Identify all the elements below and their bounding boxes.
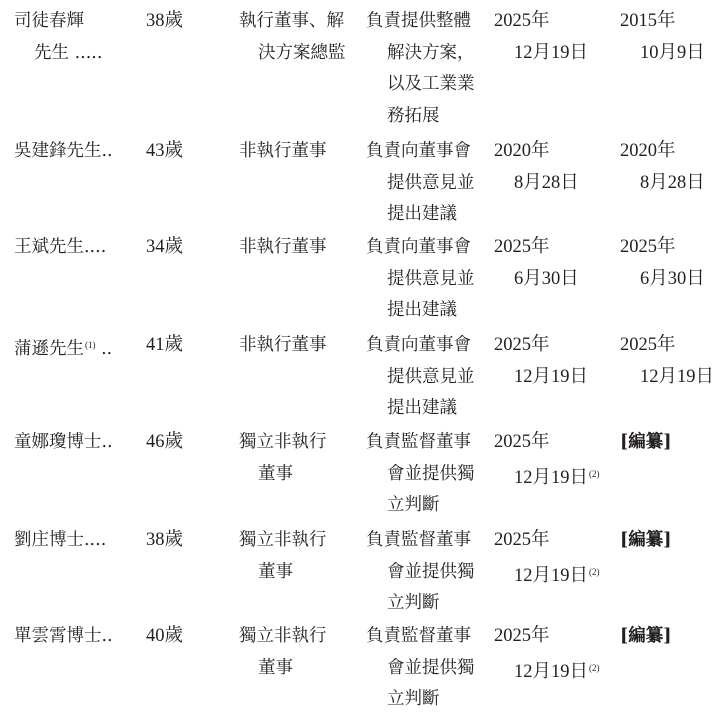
position: 非執行董事 — [239, 232, 351, 264]
position: 獨立非執行 董事 — [239, 621, 351, 684]
joined-group-date: 2015年 10月9日 — [620, 6, 728, 69]
age: 41歲 — [146, 330, 183, 362]
position: 獨立非執行 董事 — [239, 525, 351, 588]
appointed-director-date: 2025年 12月19日(2) — [494, 427, 604, 490]
director-name: 劉庄博士.... — [14, 525, 134, 557]
appointed-director-date: 2025年 12月19日(2) — [494, 621, 604, 684]
appointed-director-date: 2020年 8月28日 — [494, 136, 604, 199]
director-name: 司徒春輝 先生 ..... — [14, 6, 134, 69]
director-name: 單雲霄博士.. — [14, 621, 134, 653]
responsibility: 負責監督董事 會並提供獨 立判斷 — [366, 427, 484, 522]
position: 獨立非執行 董事 — [239, 427, 351, 490]
age: 38歲 — [146, 6, 183, 38]
redacted-text: [編纂] — [620, 621, 728, 653]
footnote-marker: (1) — [85, 340, 96, 350]
age: 38歲 — [146, 525, 183, 557]
director-name: 蒲遜先生(1) .. — [14, 330, 134, 362]
responsibility: 負責監督董事 會並提供獨 立判斷 — [366, 621, 484, 716]
age: 46歲 — [146, 427, 183, 459]
director-name: 童娜瓊博士.. — [14, 427, 134, 459]
age: 43歲 — [146, 136, 183, 168]
director-name: 吳建鋒先生.. — [14, 136, 134, 168]
director-name: 王斌先生.... — [14, 232, 134, 264]
position: 非執行董事 — [239, 136, 351, 168]
redacted-text: [編纂] — [620, 525, 728, 557]
responsibility: 負責提供整體 解決方案， 以及工業業 務拓展 — [366, 6, 484, 132]
responsibility: 負責監督董事 會並提供獨 立判斷 — [366, 525, 484, 620]
appointed-director-date: 2025年 12月19日 — [494, 330, 604, 393]
joined-group-date: 2020年 8月28日 — [620, 136, 728, 199]
appointed-director-date: 2025年 12月19日 — [494, 6, 604, 69]
position: 非執行董事 — [239, 330, 351, 362]
age: 40歲 — [146, 621, 183, 653]
footnote-marker: (2) — [589, 567, 600, 577]
joined-group-date: 2025年 6月30日 — [620, 232, 728, 295]
redacted-text: [編纂] — [620, 427, 728, 459]
responsibility: 負責向董事會 提供意見並 提出建議 — [366, 330, 484, 425]
appointed-director-date: 2025年 12月19日(2) — [494, 525, 604, 588]
position: 執行董事、解 決方案總監 — [239, 6, 351, 69]
responsibility: 負責向董事會 提供意見並 提出建議 — [366, 232, 484, 327]
joined-group-date: 2025年 12月19日 — [620, 330, 728, 393]
responsibility: 負責向董事會 提供意見並 提出建議 — [366, 136, 484, 231]
age: 34歲 — [146, 232, 183, 264]
footnote-marker: (2) — [589, 663, 600, 673]
appointed-director-date: 2025年 6月30日 — [494, 232, 604, 295]
footnote-marker: (2) — [589, 469, 600, 479]
